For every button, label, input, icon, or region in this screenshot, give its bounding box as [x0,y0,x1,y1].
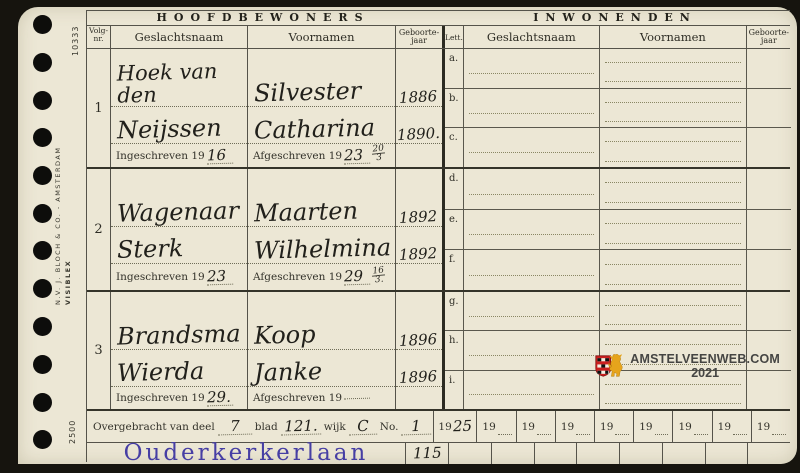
family-band-2: 2 Wagenaar Sterk Ingeschreven 19 23 Maar… [87,169,790,292]
blank-firstnames-field [600,210,747,250]
year-cell-written: 19 25 [434,411,477,442]
transfer-row: Overgebracht van deel 7 blad 121. wijk C… [87,411,790,443]
inwonenden-rows-ghi: g. h. i. [442,292,791,409]
ingeschreven-label: Ingeschreven 19 [116,271,205,283]
blank-firstnames-field [600,331,747,369]
empty-year-cell [663,443,706,464]
empty-year-cell [748,443,790,464]
header-geboortejaar-left: Geboorte-jaar [396,26,442,48]
family-band-3: 3 Brandsma Wierda Ingeschreven 19 29. Ko… [87,292,790,411]
printer-imprint: N.V. J. BLOCH & CO. - AMSTERDAM VISIBLEX [54,165,72,305]
year-cell: 19 [595,411,634,442]
blank-surname-field [464,210,600,250]
street-row: Ouderkerkerlaan 115 [87,443,790,464]
letter-label: i. [445,371,464,409]
blad-value: 121. [281,418,321,435]
volgnr-value: 2 [87,169,111,290]
blank-firstnames-field [600,250,747,290]
hoofdbewoners-row: 1 Hoek van den Neijssen Ingeschreven 19 … [87,49,442,167]
volgnr-value: 3 [87,292,111,409]
inwonenden-rows-abc: a. b. c. [442,49,791,167]
blank-firstnames-field [600,89,747,128]
no-label: No. [380,421,399,433]
inwonenden-row: i. [445,371,791,409]
afgeschreven-value [344,397,370,399]
afgeschreven-date-note: 163. [371,266,386,284]
letter-label: b. [445,89,464,128]
punch-hole [33,166,52,185]
blank-birthyear-field [747,292,791,330]
inwonenden-row: g. [445,292,791,331]
column-headers: Volg-nr. Geslachtsnaam Voornamen Geboort… [87,25,790,49]
afgeschreven-label: Afgeschreven 19 [253,271,342,283]
afgeschreven-value: 29 [344,269,370,286]
birthyear-cell: 1892 1892 [396,169,442,290]
surname-cell: Wagenaar Sterk Ingeschreven 19 23 [111,169,248,290]
blank-birthyear-field [747,210,791,250]
letter-label: a. [445,49,464,88]
header-voornamen-left: Voornamen [248,26,396,48]
no-value: 1 [401,418,431,435]
afgeschreven-value: 23 [344,147,370,164]
blank-firstnames-field [600,292,747,330]
deel-value: 7 [218,418,252,435]
empty-year-cell [706,443,749,464]
header-geboortejaar-right: Geboorte-jaar [747,26,791,48]
hoofdbewoners-row: 3 Brandsma Wierda Ingeschreven 19 29. Ko… [87,292,442,409]
wijk-value: C [349,418,377,435]
year-cell: 19 [517,411,556,442]
surname-cell: Hoek van den Neijssen Ingeschreven 19 16 [111,49,248,167]
blank-firstnames-field [600,49,747,88]
surname-1: Wagenaar [117,198,240,226]
surname-1: Brandsma [117,321,241,349]
surname-2: Wierda [117,359,205,386]
volgnr-value: 1 [87,49,111,167]
punch-hole [33,241,52,260]
blank-surname-field [464,128,600,167]
empty-year-cell [535,443,578,464]
letter-label: c. [445,128,464,167]
punch-hole [33,128,52,147]
ingeschreven-value: 23 [207,269,233,286]
letter-label: f. [445,250,464,290]
form-number-code: 10333 [71,10,80,56]
firstname-1: Koop [254,322,316,349]
firstname-1: Silvester [254,79,362,107]
blank-surname-field [464,169,600,209]
punch-hole [33,15,52,34]
printer-brand-text: VISIBLEX [64,165,72,305]
scanned-register-card-page: { "edge": { "top_code": "10333", "brand"… [0,0,800,473]
firstnames-cell: Maarten Wilhelmina Afgeschreven 19 29 16… [248,169,396,290]
inwonenden-title: INWONENDEN [439,11,791,25]
blank-birthyear-field [747,371,791,409]
street-name-stamp: Ouderkerkerlaan [124,443,369,464]
inwonenden-rows-def: d. e. f. [442,169,791,290]
blank-birthyear-field [747,89,791,128]
surname-2: Neijssen [117,116,222,144]
family-band-1: 1 Hoek van den Neijssen Ingeschreven 19 … [87,49,790,169]
house-number-value: 115 [412,446,441,462]
inwonenden-row: c. [445,128,791,167]
ingeschreven-label: Ingeschreven 19 [116,392,205,404]
year-cell: 19 [477,411,516,442]
birthyear-2: 1892 [399,245,438,263]
overgebracht-label: Overgebracht van deel [93,421,215,433]
year-written-value: 25 [453,419,472,434]
punch-hole [33,393,52,412]
empty-year-cell [492,443,535,464]
inwonenden-row: f. [445,250,791,290]
birthyear-2: 1890. [396,125,440,143]
letter-label: g. [445,292,464,330]
blank-surname-field [464,331,600,369]
punch-hole [33,317,52,336]
year-cell: 19 [634,411,673,442]
blank-surname-field [464,49,600,88]
birthyear-2: 1896 [399,368,438,386]
firstname-2: Wilhelmina [254,235,392,264]
ingeschreven-value: 29. [207,390,233,407]
punch-hole [33,91,52,110]
register-card: 10333 N.V. J. BLOCH & CO. - AMSTERDAM VI… [18,7,797,464]
ingeschreven-value: 16 [207,147,233,164]
letter-label: d. [445,169,464,209]
surname-1: Hoek van den [116,59,245,106]
year-cell: 19 [673,411,712,442]
afgeschreven-label: Afgeschreven 19 [253,150,342,162]
hoofdbewoners-title: HOOFDBEWONERS [87,11,439,25]
empty-year-cell [577,443,620,464]
birthyear-cell: 1886 1890. [396,49,442,167]
firstname-1: Maarten [254,199,359,227]
house-number-cell: 115 [406,443,449,464]
printer-maker-text: N.V. J. BLOCH & CO. - AMSTERDAM [54,165,62,305]
afgeschreven-date-note: 203 [371,144,386,162]
firstnames-cell: Silvester Catharina Afgeschreven 19 23 2… [248,49,396,167]
punch-hole [33,355,52,374]
year-cell: 19 [752,411,790,442]
register-table: HOOFDBEWONERS INWONENDEN Volg-nr. Geslac… [86,10,790,462]
punch-hole [33,53,52,72]
afgeschreven-label: Afgeschreven 19 [253,392,342,404]
inwonenden-row: e. [445,210,791,251]
blank-birthyear-field [747,250,791,290]
punch-hole [33,279,52,298]
blank-birthyear-field [747,49,791,88]
wijk-label: wijk [324,421,346,433]
surname-cell: Brandsma Wierda Ingeschreven 19 29. [111,292,248,409]
overgebracht-cell: Overgebracht van deel 7 blad 121. wijk C… [87,411,434,442]
blank-surname-field [464,250,600,290]
blank-surname-field [464,292,600,330]
header-volgnr: Volg-nr. [87,26,111,48]
header-geslachtsnaam-right: Geslachtsnaam [464,26,600,48]
blank-firstnames-field [600,169,747,209]
inwonenden-row: a. [445,49,791,89]
birthyear-1: 1886 [399,88,438,106]
street-stamp-cell: Ouderkerkerlaan [87,443,406,464]
inwonenden-row: b. [445,89,791,129]
hoofdbewoners-row: 2 Wagenaar Sterk Ingeschreven 19 23 Maar… [87,169,442,290]
blank-firstnames-field [600,128,747,167]
ingeschreven-label: Ingeschreven 19 [116,150,205,162]
blad-label: blad [255,421,278,433]
punch-hole [33,204,52,223]
birthyear-1: 1896 [399,331,438,349]
section-titles: HOOFDBEWONERS INWONENDEN [87,11,790,25]
inwonenden-row: d. [445,169,791,210]
blank-birthyear-field [747,169,791,209]
blank-firstnames-field [600,371,747,409]
year-prefix: 19 [438,421,451,433]
firstname-2: Catharina [254,115,376,143]
empty-year-cell [449,443,492,464]
letter-label: e. [445,210,464,250]
year-cell: 19 [556,411,595,442]
punch-hole [33,430,52,449]
blank-surname-field [464,371,600,409]
blank-surname-field [464,89,600,128]
blank-birthyear-field [747,331,791,369]
firstname-2: Janke [254,359,323,386]
birthyear-cell: 1896 1896 [396,292,442,409]
header-lett: Lett. [442,26,464,48]
inwonenden-row: h. [445,331,791,370]
blank-birthyear-field [747,128,791,167]
letter-label: h. [445,331,464,369]
header-geslachtsnaam-left: Geslachtsnaam [111,26,248,48]
empty-year-cell [620,443,663,464]
firstnames-cell: Koop Janke Afgeschreven 19 [248,292,396,409]
print-run-code: 2500 [68,400,77,444]
surname-2: Sterk [117,236,184,263]
year-cell: 19 [713,411,752,442]
header-voornamen-right: Voornamen [600,26,747,48]
birthyear-1: 1892 [399,208,438,226]
